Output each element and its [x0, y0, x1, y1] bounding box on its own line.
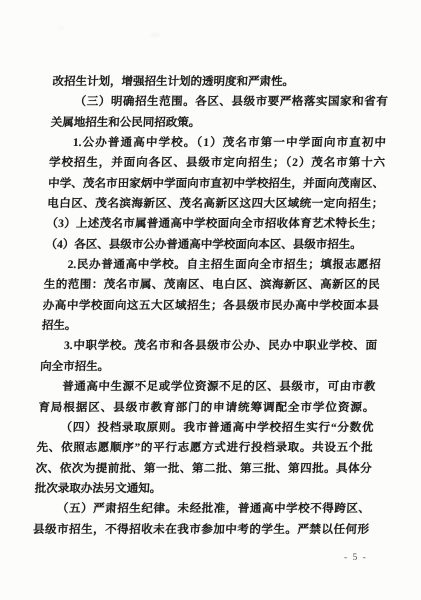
line-text: 各区、县级市要严格落实国家和省有: [195, 96, 388, 108]
document-line: （三）明确招生范围。各区、县级市要严格落实国家和省有: [51, 92, 388, 112]
section-heading: （四）投档录取原则。: [60, 422, 183, 434]
document-line: 生的范围：茂名市属、茂南区、电白区、滨海新区、高新区的民: [43, 275, 380, 295]
section-heading: （三）明确招生范围。: [74, 96, 195, 108]
document-line: 学校招生，并面向各区、县级市定向招生；（2）茂名市第十六: [49, 153, 386, 173]
scan-smudge: [150, 33, 160, 37]
document-line: 招生。: [41, 316, 378, 336]
line-text: 未经批准，普通高中学校不得跨区、: [177, 503, 370, 515]
document-line: 次、依次为提前批、第一批、第二批、第三批、第四批。具体分: [35, 459, 372, 479]
document-line: 电白区、茂名滨海新区、茂名高新区这四大区域统一定向招生；: [47, 194, 384, 214]
document-line: 改招生计划，增强招生计划的透明度和严肃性。: [52, 72, 389, 92]
document-text-block: 改招生计划，增强招生计划的透明度和严肃性。 （三）明确招生范围。各区、县级市要严…: [33, 72, 389, 540]
document-line: 先、依照志愿顺序”的平行志愿方式进行投档录取。共设五个批: [36, 438, 373, 458]
document-line: 向全市招生。: [40, 357, 377, 377]
scan-smudge: [57, 26, 65, 30]
document-line: 办高中学校面向这五大区域招生；各县级市民办高中学校面本县: [42, 296, 379, 316]
document-line: 1.公办普通高中学校。（1）茂名市第一中学面向市直初中: [49, 133, 386, 153]
document-line: （4）各区、县级市公办普通高中学校面向本区、县级市招生。: [45, 235, 382, 255]
document-line: 普通高中生源不足或学位资源不足的区、县级市，可由市教: [39, 377, 376, 397]
document-line: 关属地招生和公民同招政策。: [50, 113, 387, 133]
document-line: （五）严肃招生纪律。未经批准，普通高中学校不得跨区、: [33, 499, 370, 519]
document-line: 2.民办普通高中学校。自主招生面向全市招生；填报志愿招: [44, 255, 381, 275]
section-heading: （五）严肃招生纪律。: [57, 503, 178, 515]
page-number: - 5 -: [344, 553, 367, 563]
document-line: 中学、茂名市田家炳中学面向市直初中学校招生，并面向茂南区、: [48, 174, 385, 194]
document-line: （四）投档录取原则。我市普通高中学校招生实行“分数优: [37, 418, 374, 438]
document-line: 3.中职学校。茂名市和各县级市公办、民办中职业学校、面: [41, 336, 378, 356]
line-text: 我市普通高中学校招生实行“分数优: [183, 422, 374, 434]
document-line: 育局根据区、县级市教育部门的申请统筹调配全市学位资源。: [38, 398, 375, 418]
document-page: 改招生计划，增强招生计划的透明度和严肃性。 （三）明确招生范围。各区、县级市要严…: [0, 0, 421, 600]
document-line: 批次录取办法另文通知。: [34, 479, 371, 499]
document-line: （3）上述茂名市属普通高中学校面向全市招收体育艺术特长生；: [46, 214, 383, 234]
document-line: 县级市招生，不得招收未在我市参加中考的学生。严禁以任何形: [33, 520, 370, 540]
